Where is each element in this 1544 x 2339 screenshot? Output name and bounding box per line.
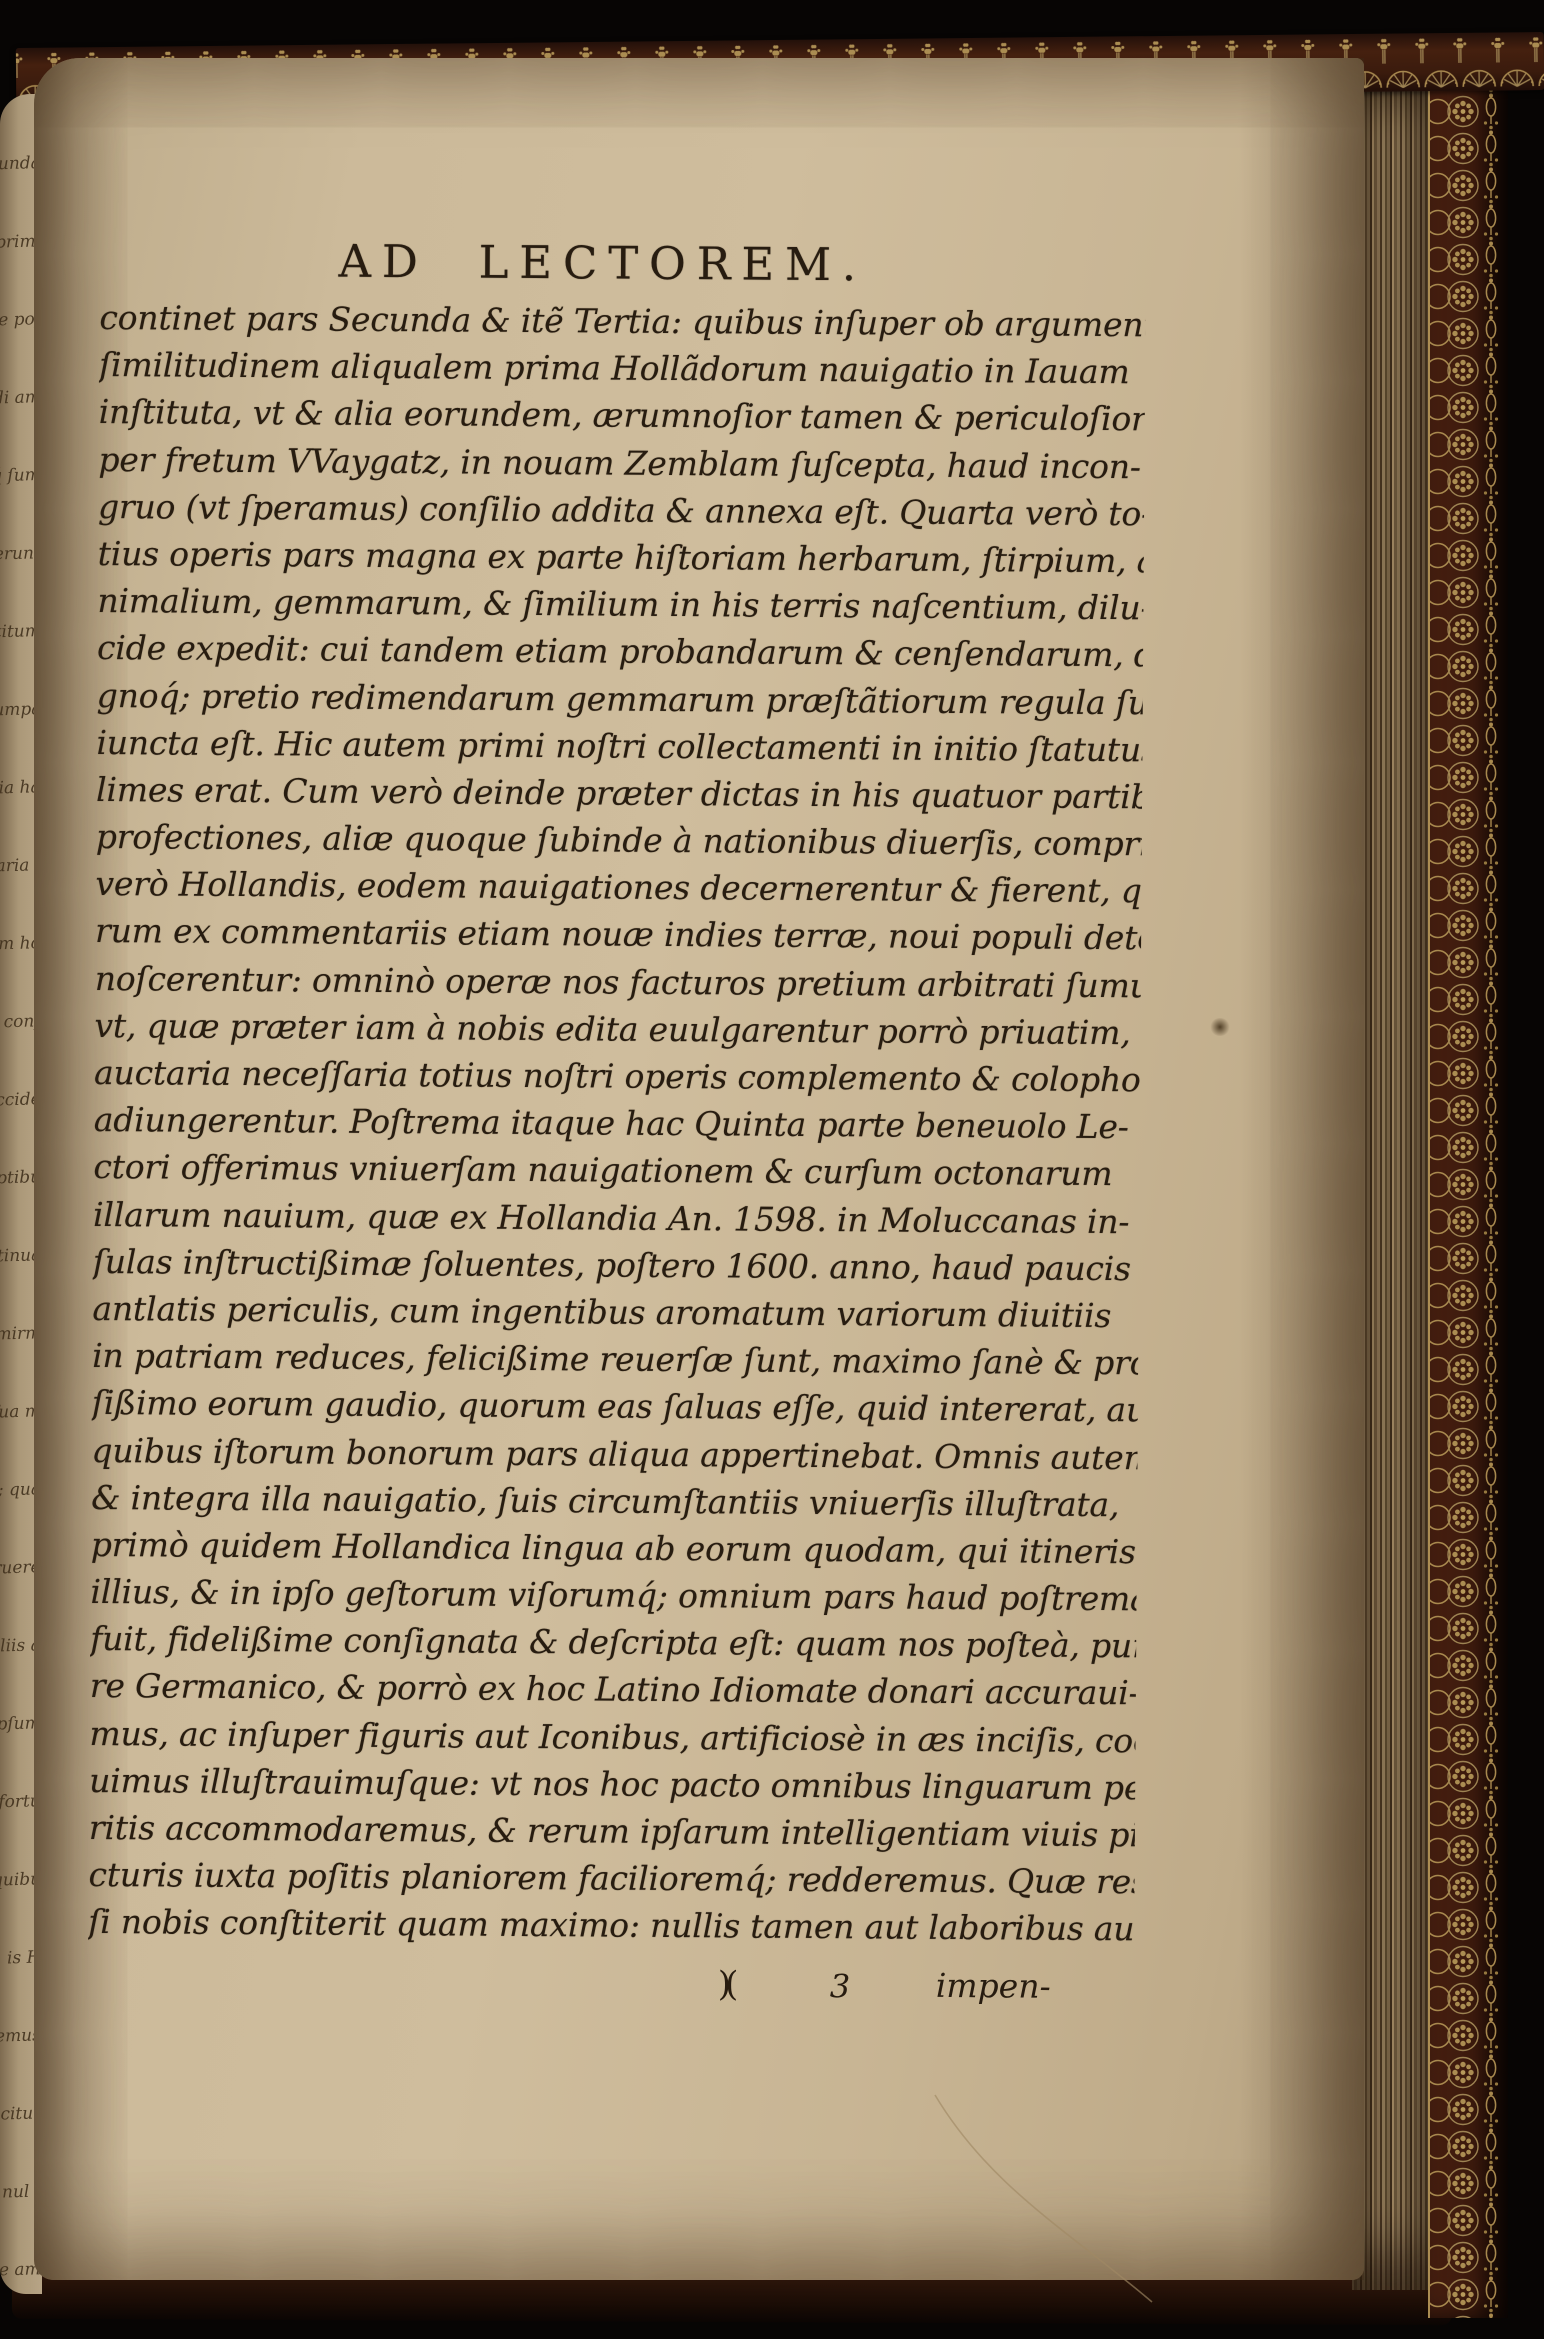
- text-line: illius, & in ipſo geſtorum viſorumq́; om…: [90, 1568, 1136, 1622]
- text-line: cturis iuxta poſitis planiorem faciliore…: [88, 1851, 1134, 1905]
- text-line: auctaria neceſſaria totius noſtri operis…: [94, 1049, 1140, 1103]
- text-line: vt, quæ præter iam à nobis edita euulgar…: [94, 1002, 1140, 1056]
- text-line: ſulas inſtructißimæ ſoluentes, poſtero 1…: [93, 1238, 1139, 1292]
- page-heading: AD LECTOREM.: [100, 232, 1106, 295]
- gilt-border-ornament: [1430, 56, 1508, 2318]
- catchword: impen-: [936, 1965, 1051, 2005]
- text-line: in patriam reduces, felicißime reuerſæ ſ…: [92, 1332, 1138, 1386]
- text-line: nimalium, gemmarum, & ſimilium in his te…: [97, 577, 1143, 631]
- text-line: quibus iſtorum bonorum pars aliqua apper…: [91, 1426, 1137, 1480]
- signature-line: )( 3 impen-: [88, 1960, 1134, 2017]
- text-line: ritis accommodaremus, & rerum ipſarum in…: [89, 1804, 1135, 1858]
- text-line: gnoq́; pretio redimendarum gemmarum præſ…: [97, 671, 1143, 725]
- text-line: primò quidem Hollandica lingua ab eorum …: [91, 1521, 1137, 1575]
- text-line: profectiones, aliæ quoque ſubinde à nati…: [96, 813, 1142, 867]
- text-line: tius operis pars magna ex parte hiſtoria…: [98, 530, 1144, 584]
- text-line: uimus illuſtrauimuſque: vt nos hoc pacto…: [89, 1757, 1135, 1811]
- text-line: illarum nauium, quæ ex Hollandia An. 159…: [93, 1191, 1139, 1245]
- book-photo: iucundaprimiere poſndi ambuſq́ ſumterunt…: [0, 0, 1544, 2339]
- text-line: gruo (vt ſperamus) conſilio addita & ann…: [98, 483, 1144, 537]
- text-line: mus, ac inſuper figuris aut Iconibus, ar…: [89, 1710, 1135, 1764]
- text-line: & integra illa nauigatio, ſuis circumſta…: [91, 1474, 1137, 1528]
- text-line: ſißimo eorum gaudio, quorum eas ſaluas e…: [92, 1379, 1138, 1433]
- text-line: limes erat. Cum verò deinde præter dicta…: [96, 766, 1142, 820]
- text-line: iuncta eſt. Hic autem primi noſtri colle…: [96, 719, 1142, 773]
- text-line: verò Hollandis, eodem nauigationes decer…: [95, 860, 1141, 914]
- signature-number: 3: [830, 1967, 851, 2005]
- signature-mark: )(: [718, 1964, 733, 2004]
- text-line: noſcerentur: omninò operæ nos facturos p…: [95, 955, 1141, 1009]
- text-line: cide expedit: cui tandem etiam probandar…: [97, 624, 1143, 678]
- text-line: adiungerentur. Poſtrema itaque hac Quint…: [94, 1096, 1140, 1150]
- body-lines: continet pars Secunda & itẽ Tertia: quib…: [88, 294, 1146, 1953]
- text-line: ctori offerimus vniuerſam nauigationem &…: [93, 1143, 1139, 1197]
- text-line: re Germanico, & porrò ex hoc Latino Idio…: [90, 1662, 1136, 1716]
- text-line: antlatis periculis, cum ingentibus aroma…: [92, 1285, 1138, 1339]
- text-line: continet pars Secunda & itẽ Tertia: quib…: [99, 294, 1145, 348]
- text-line: per fretum VVaygatz, in nouam Zemblam ſu…: [98, 436, 1144, 490]
- text-line: ſimilitudinem aliqualem prima Hollãdorum…: [99, 341, 1145, 395]
- text-line: rum ex commentariis etiam nouæ indies te…: [95, 907, 1141, 961]
- page-text: AD LECTOREM. continet pars Secunda & itẽ…: [88, 232, 1146, 2017]
- text-line: ſi nobis conſtiterit quam maximo: nullis…: [88, 1898, 1134, 1952]
- foxing-spot: [1210, 1018, 1230, 1036]
- text-line: fuit, fidelißime conſignata & deſcripta …: [90, 1615, 1136, 1669]
- text-line: inſtituta, vt & alia eorundem, ærumnoſio…: [99, 388, 1145, 442]
- right-cover-band: [1428, 56, 1508, 2318]
